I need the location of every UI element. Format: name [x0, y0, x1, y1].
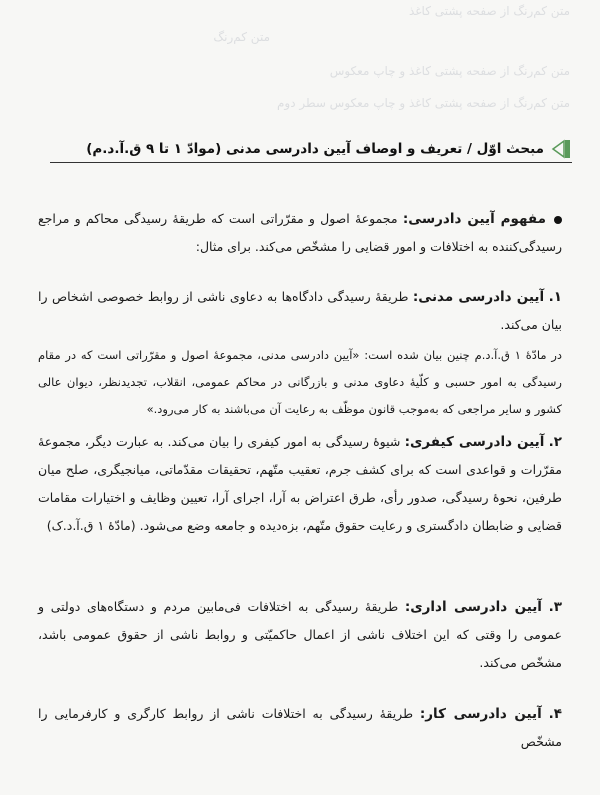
book-page: متن کم‌رنگ از صفحه پشتی کاغذ متن کم‌رنگ … [0, 0, 600, 795]
bleed-through-text: متن کم‌رنگ از صفحه پشتی کاغذ [30, 4, 570, 18]
item-term: آیین دادرسی مدنی: [413, 289, 544, 305]
bleed-through-text: متن کم‌رنگ از صفحه پشتی کاغذ و چاپ معکوس [30, 64, 570, 78]
bleed-through-text: متن کم‌رنگ [30, 30, 270, 44]
definition-paragraph: مفهوم آیین دادرسی: مجموعهٔ اصول و مقرّرا… [38, 205, 562, 261]
section-title: مبحث اوّل / تعریف و اوصاف آیین دادرسی مد… [86, 141, 544, 157]
bullet-icon [554, 216, 562, 224]
item-number: ۳. [549, 599, 562, 615]
item-number: ۱. [549, 289, 562, 305]
quote-paragraph: در مادّهٔ ۱ ق.آ.د.م چنین بیان شده است: «… [38, 342, 562, 423]
list-item: ۴. آیین دادرسی کار: طریقهٔ رسیدگی به اخت… [38, 700, 562, 756]
item-term: آیین دادرسی کار: [420, 706, 542, 722]
item-term: آیین دادرسی کیفری: [405, 434, 545, 450]
item-number: ۲. [549, 434, 562, 450]
list-item: ۲. آیین دادرسی کیفری: شیوهٔ رسیدگی به ام… [38, 428, 562, 540]
item-term: آیین دادرسی اداری: [405, 599, 542, 615]
definition-term: مفهوم آیین دادرسی: [403, 211, 546, 227]
section-header: مبحث اوّل / تعریف و اوصاف آیین دادرسی مد… [50, 136, 572, 163]
triangle-marker-icon [550, 138, 572, 160]
bleed-through-text: متن کم‌رنگ از صفحه پشتی کاغذ و چاپ معکوس… [30, 96, 570, 110]
list-item: ۳. آیین دادرسی اداری: طریقهٔ رسیدگی به ا… [38, 593, 562, 677]
item-number: ۴. [549, 706, 562, 722]
list-item: ۱. آیین دادرسی مدنی: طریقهٔ رسیدگی دادگا… [38, 283, 562, 339]
